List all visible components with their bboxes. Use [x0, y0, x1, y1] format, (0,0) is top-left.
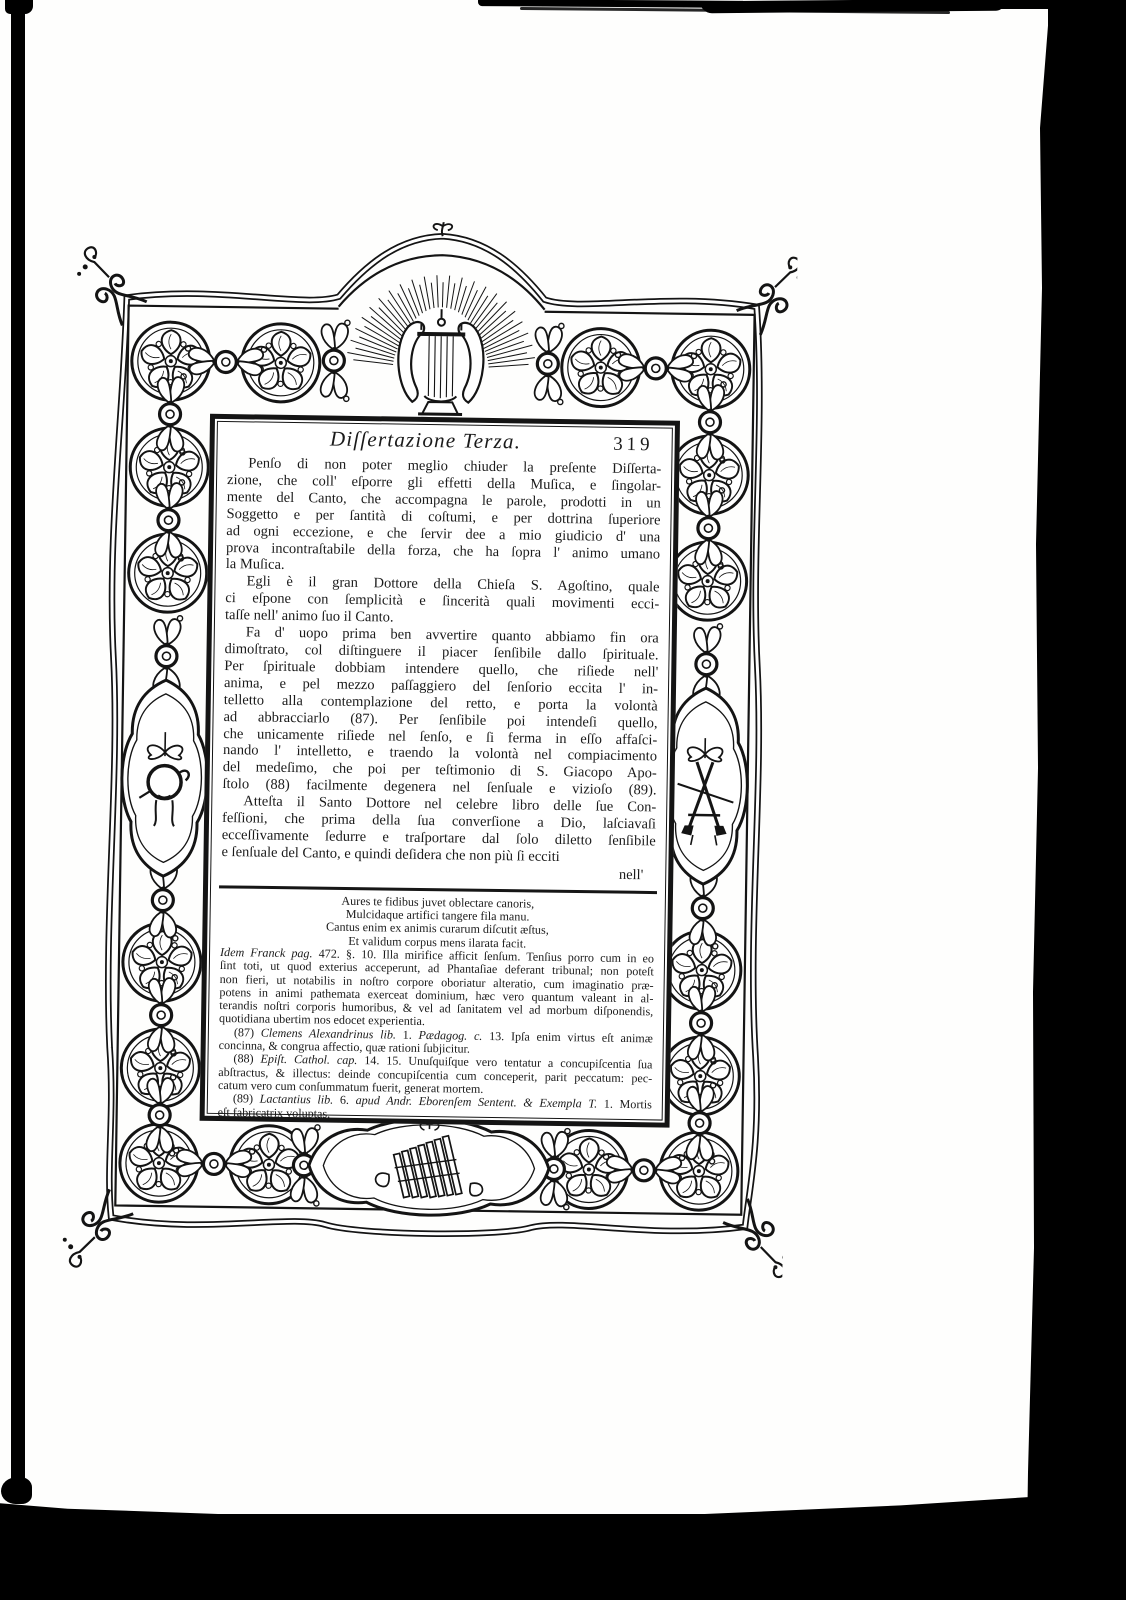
footnotes: Aures te fidibus juvet oblectare canoris… [218, 893, 655, 1125]
paragraph: Penſo di non poter meglio chiuder la pre… [226, 455, 662, 580]
page-header: Diſſertazione Terza. 319 [227, 423, 661, 461]
scan-background: { "colors": { "ink": "#141414", "paper":… [0, 0, 1126, 1600]
paragraph: Fa d' uopo prima ben avvertire quanto ab… [222, 624, 658, 799]
body-text: Penſo di non poter meglio chiuder la pre… [221, 455, 661, 867]
pan-pipes-icon [308, 1111, 549, 1217]
footnote-rule [219, 885, 657, 894]
paragraph: Idem Franck pag. 472. §. 10. Illa mirifi… [219, 946, 654, 1032]
page-title: Diſſertazione Terza. [330, 427, 522, 455]
paragraph: Aures te fidibus juvet oblectare canoris… [220, 893, 655, 953]
printed-area: Diſſertazione Terza. 319 Penſo di non po… [52, 217, 798, 1296]
left-binding-bar [5, 0, 33, 14]
text-frame: Diſſertazione Terza. 319 Penſo di non po… [200, 414, 680, 1128]
paragraph: Atteſta il Santo Dottore nel celebre lib… [221, 793, 656, 867]
left-binding-bar [1, 1477, 32, 1504]
hunting-horn-icon [120, 680, 208, 877]
paragraph: Egli è il gran Dottore della Chieſa S. A… [225, 573, 660, 630]
page-number: 319 [613, 434, 654, 457]
left-binding-bar [11, 0, 25, 1500]
paragraph: (89) Lactantius lib. 6. apud Andr. Ebore… [218, 1092, 652, 1125]
